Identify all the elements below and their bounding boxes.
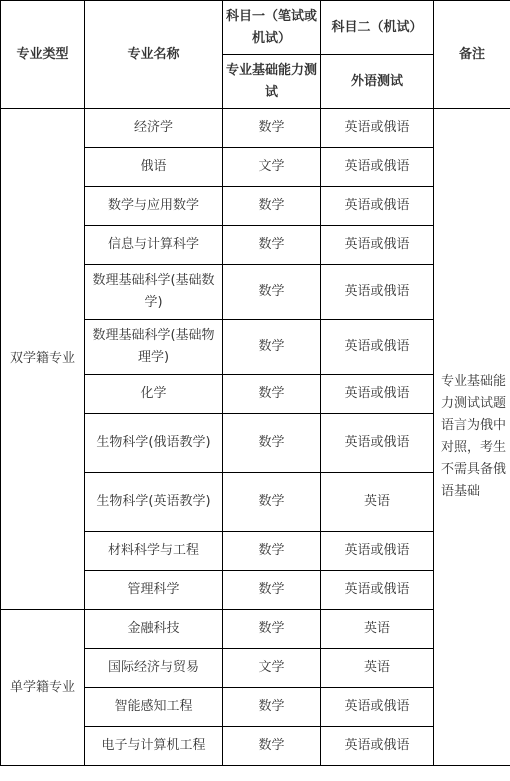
subject1-cell: 数学: [223, 610, 321, 649]
subject1-cell: 文学: [223, 649, 321, 688]
subject1-cell: 数学: [223, 688, 321, 727]
header-remarks: 备注: [434, 1, 510, 109]
subject1-cell: 数学: [223, 571, 321, 610]
subject1-cell: 数学: [223, 414, 321, 473]
major-cell: 金融科技: [85, 610, 223, 649]
subject1-cell: 数学: [223, 265, 321, 320]
table-row: 双学籍专业 经济学 数学 英语或俄语 专业基础能力测试试题语言为俄中对照，考生不…: [1, 109, 510, 148]
major-cell: 俄语: [85, 148, 223, 187]
category-cell: 双学籍专业: [1, 109, 85, 610]
subject2-cell: 英语或俄语: [321, 414, 434, 473]
subject2-cell: 英语或俄语: [321, 532, 434, 571]
header-subject2-sub: 外语测试: [321, 55, 434, 109]
header-subject2: 科目二（机试）: [321, 1, 434, 55]
subject1-cell: 数学: [223, 727, 321, 766]
major-cell: 化学: [85, 375, 223, 414]
subject2-cell: 英语或俄语: [321, 226, 434, 265]
subject1-cell: 数学: [223, 187, 321, 226]
major-cell: 国际经济与贸易: [85, 649, 223, 688]
subject1-cell: 数学: [223, 226, 321, 265]
subject2-cell: 英语或俄语: [321, 571, 434, 610]
subject2-cell: 英语或俄语: [321, 688, 434, 727]
subject2-cell: 英语或俄语: [321, 148, 434, 187]
subject2-cell: 英语或俄语: [321, 109, 434, 148]
subject1-cell: 文学: [223, 148, 321, 187]
header-category: 专业类型: [1, 1, 85, 109]
major-cell: 管理科学: [85, 571, 223, 610]
major-cell: 数理基础科学(基础物理学): [85, 320, 223, 375]
subject1-cell: 数学: [223, 532, 321, 571]
remark-cell: 专业基础能力测试试题语言为俄中对照，考生不需具备俄语基础: [434, 109, 510, 766]
major-cell: 信息与计算科学: [85, 226, 223, 265]
major-cell: 数理基础科学(基础数学): [85, 265, 223, 320]
header-subject1-sub: 专业基础能力测试: [223, 55, 321, 109]
subject1-cell: 数学: [223, 320, 321, 375]
header-subject1: 科目一（笔试或机试）: [223, 1, 321, 55]
major-cell: 生物科学(英语教学): [85, 473, 223, 532]
header-major: 专业名称: [85, 1, 223, 109]
major-cell: 材料科学与工程: [85, 532, 223, 571]
subject1-cell: 数学: [223, 109, 321, 148]
subject2-cell: 英语或俄语: [321, 727, 434, 766]
exam-subjects-table: 专业类型 专业名称 科目一（笔试或机试） 科目二（机试） 备注 专业基础能力测试…: [0, 0, 510, 766]
major-cell: 经济学: [85, 109, 223, 148]
subject1-cell: 数学: [223, 473, 321, 532]
subject2-cell: 英语: [321, 610, 434, 649]
major-cell: 生物科学(俄语教学): [85, 414, 223, 473]
subject2-cell: 英语或俄语: [321, 375, 434, 414]
subject2-cell: 英语或俄语: [321, 187, 434, 226]
category-cell: 单学籍专业: [1, 610, 85, 766]
subject1-cell: 数学: [223, 375, 321, 414]
subject2-cell: 英语或俄语: [321, 265, 434, 320]
major-cell: 数学与应用数学: [85, 187, 223, 226]
subject2-cell: 英语或俄语: [321, 320, 434, 375]
subject2-cell: 英语: [321, 649, 434, 688]
subject2-cell: 英语: [321, 473, 434, 532]
major-cell: 电子与计算机工程: [85, 727, 223, 766]
major-cell: 智能感知工程: [85, 688, 223, 727]
